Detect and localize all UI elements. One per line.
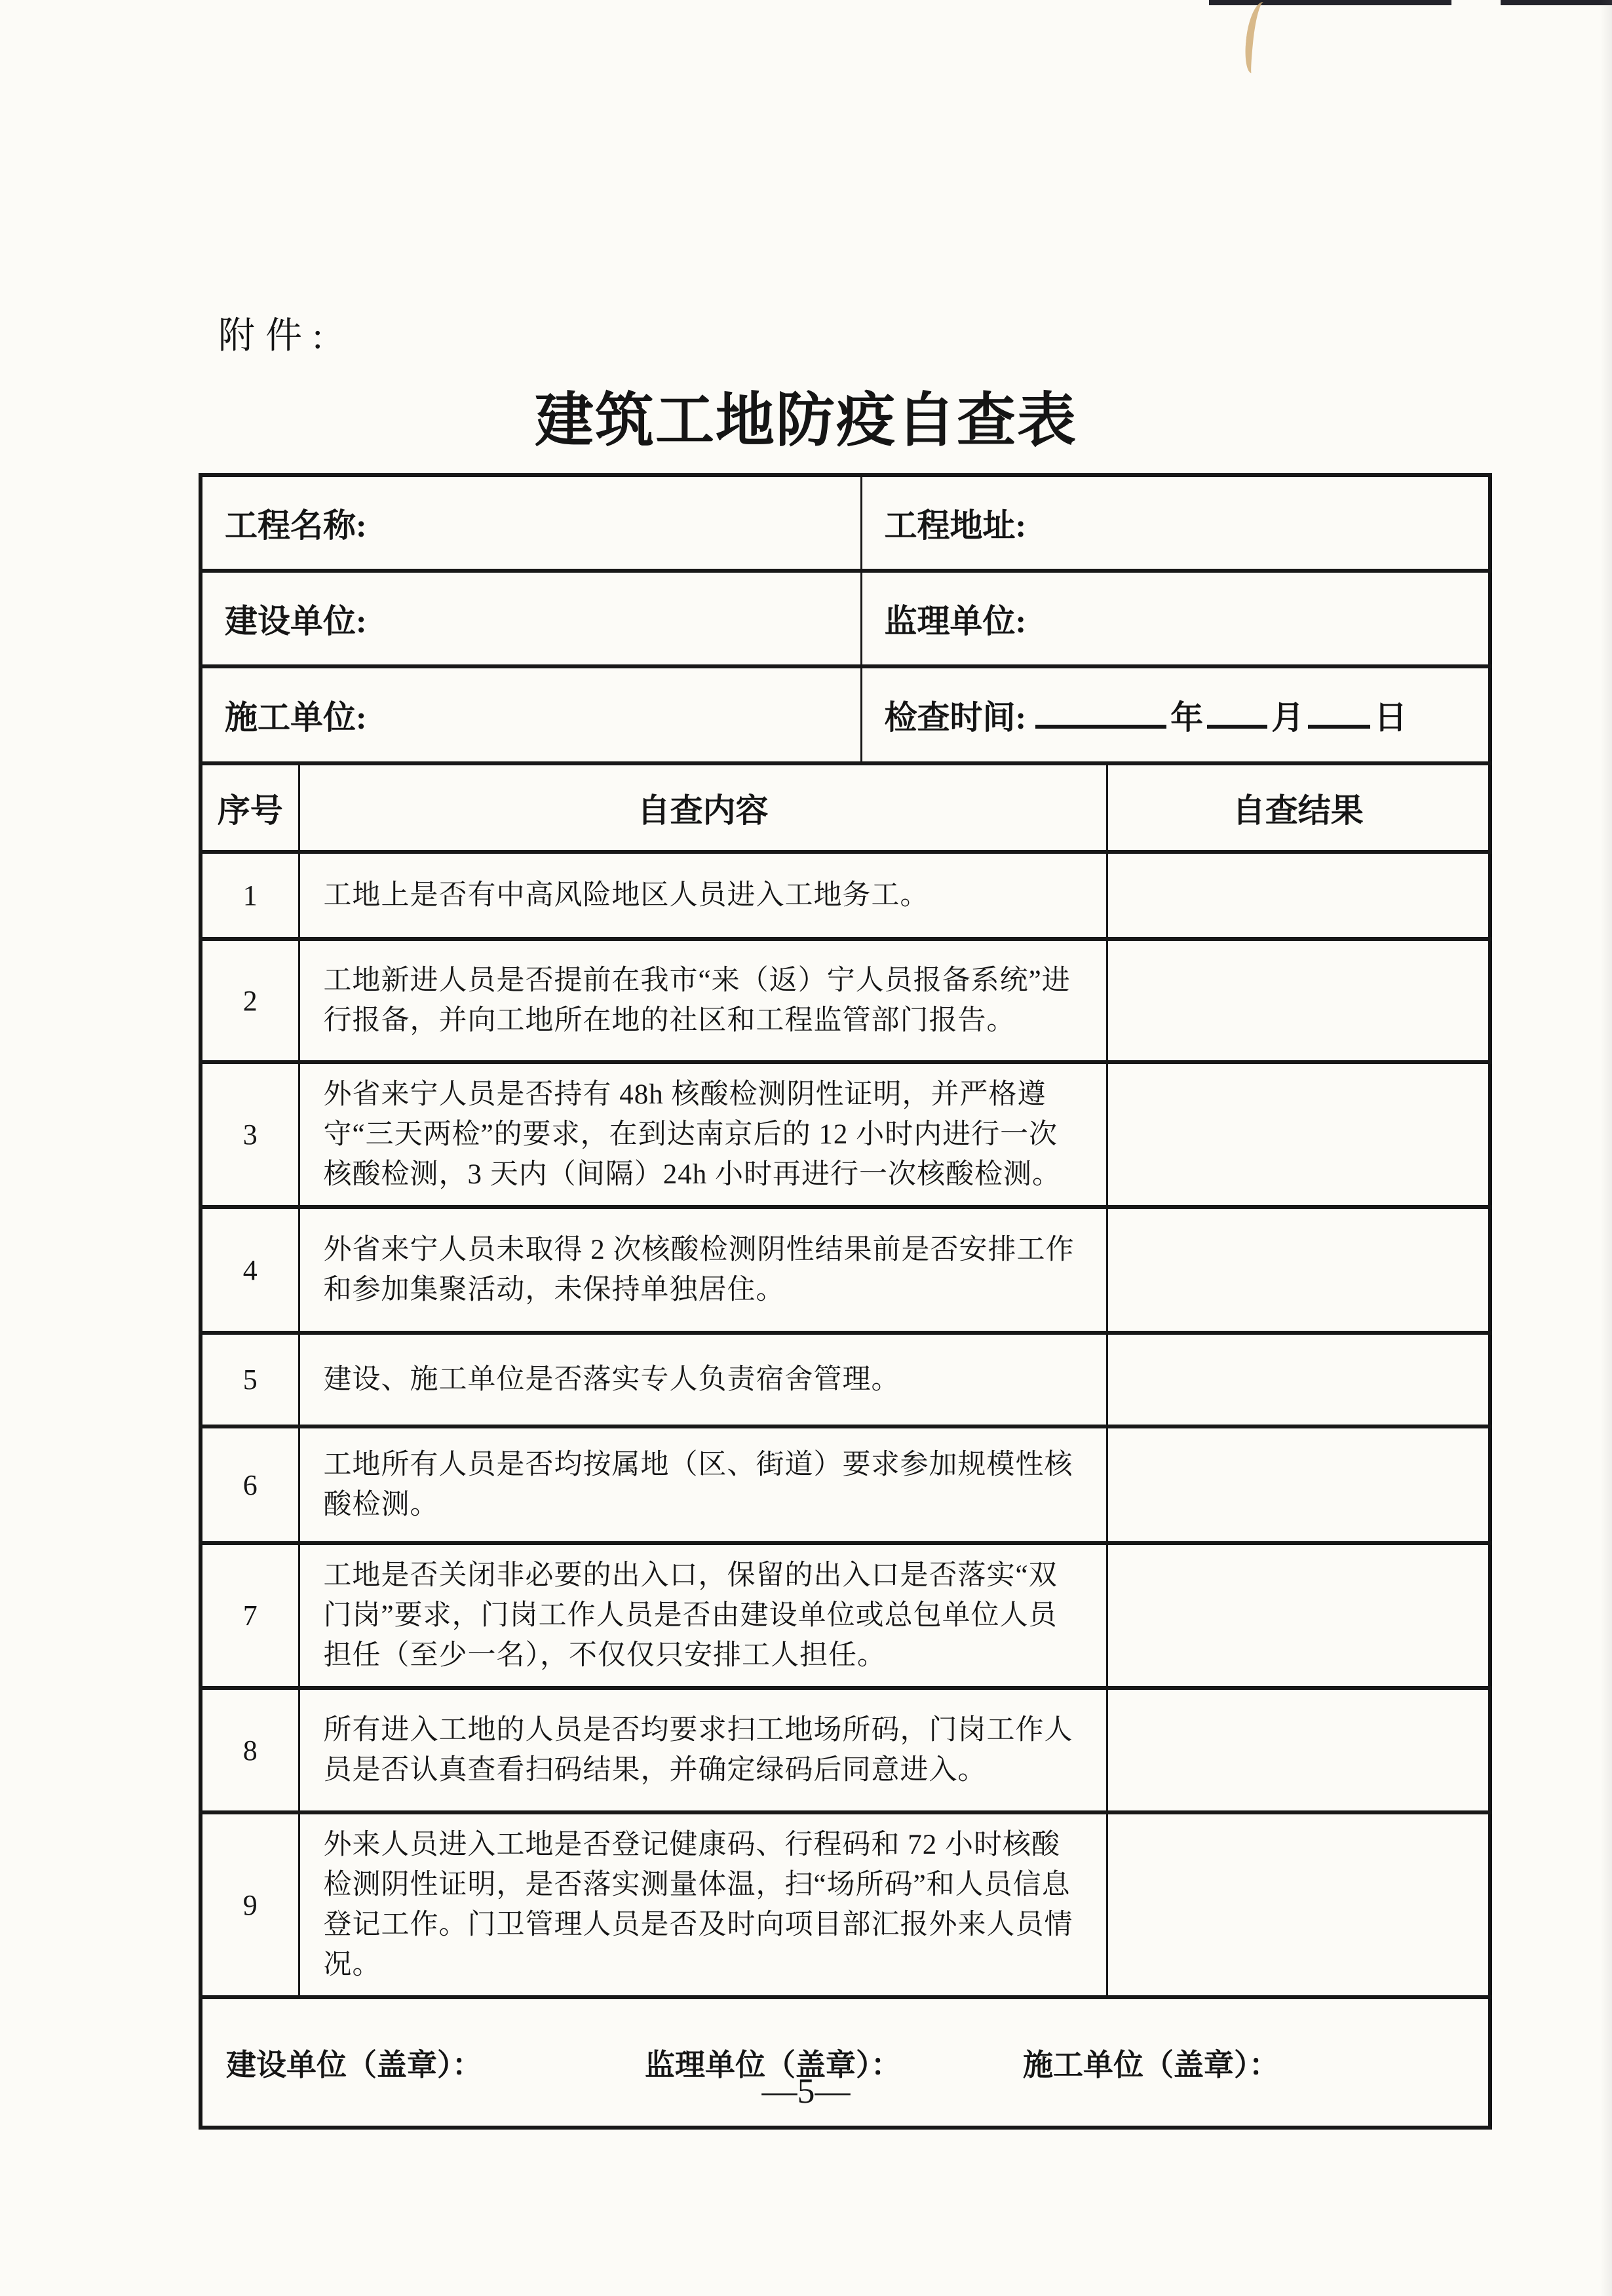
row-number: 9 bbox=[201, 1812, 299, 1997]
checklist-header-row: 序号 自查内容 自查结果 bbox=[201, 763, 1490, 852]
month-label: 月 bbox=[1271, 699, 1304, 736]
self-inspection-form-table: 工程名称: 工程地址: 建设单位: 监理单位: 施工单位: 检查时间:年月日 序… bbox=[199, 473, 1492, 2130]
info-row-time: 施工单位: 检查时间:年月日 bbox=[201, 666, 1490, 763]
result-cell bbox=[1107, 1062, 1490, 1207]
checklist-row: 2 工地新进人员是否提前在我市“来（返）宁人员报备系统”进行报备，并向工地所在地… bbox=[201, 939, 1490, 1062]
scan-hair-artifact bbox=[1242, 1, 1269, 75]
row-content: 工地上是否有中高风险地区人员进入工地务工。 bbox=[299, 852, 1107, 939]
info-row-units: 建设单位: 监理单位: bbox=[201, 571, 1490, 666]
result-cell bbox=[1107, 1688, 1490, 1812]
year-label: 年 bbox=[1170, 699, 1203, 736]
result-cell bbox=[1107, 939, 1490, 1062]
result-cell bbox=[1107, 852, 1490, 939]
supervision-unit-label: 监理单位: bbox=[861, 571, 1490, 666]
row-number: 2 bbox=[201, 939, 299, 1062]
page-title: 建筑工地防疫自查表 bbox=[0, 372, 1612, 457]
project-name-label: 工程名称: bbox=[201, 475, 861, 571]
check-time-field: 检查时间:年月日 bbox=[861, 666, 1490, 763]
result-cell bbox=[1107, 1207, 1490, 1333]
column-header-no: 序号 bbox=[201, 763, 299, 852]
checklist-row: 6 工地所有人员是否均按属地（区、街道）要求参加规模性核酸检测。 bbox=[201, 1426, 1490, 1543]
checklist-row: 4 外省来宁人员未取得 2 次核酸检测阴性结果前是否安排工作和参加集聚活动，未保… bbox=[201, 1207, 1490, 1333]
day-blank bbox=[1308, 702, 1370, 729]
scan-edge-artifact bbox=[1501, 0, 1612, 5]
checklist-row: 8 所有进入工地的人员是否均要求扫工地场所码，门岗工作人员是否认真查看扫码结果，… bbox=[201, 1688, 1490, 1812]
result-cell bbox=[1107, 1333, 1490, 1426]
scanned-page: 附件: 建筑工地防疫自查表 工程名称: 工程地址: 建设单位: 监理单位: 施工… bbox=[0, 0, 1612, 2296]
checklist-row: 3 外省来宁人员是否持有 48h 核酸检测阴性证明，并严格遵守“三天两检”的要求… bbox=[201, 1062, 1490, 1207]
build-unit-label: 建设单位: bbox=[201, 571, 861, 666]
month-blank bbox=[1207, 702, 1267, 729]
result-cell bbox=[1107, 1812, 1490, 1997]
day-label: 日 bbox=[1374, 699, 1407, 736]
row-number: 4 bbox=[201, 1207, 299, 1333]
row-number: 7 bbox=[201, 1543, 299, 1688]
page-number: —5— bbox=[0, 2071, 1612, 2111]
row-number: 6 bbox=[201, 1426, 299, 1543]
result-cell bbox=[1107, 1426, 1490, 1543]
row-content: 建设、施工单位是否落实专人负责宿舍管理。 bbox=[299, 1333, 1107, 1426]
scan-edge-artifact bbox=[1209, 0, 1451, 5]
row-content: 所有进入工地的人员是否均要求扫工地场所码，门岗工作人员是否认真查看扫码结果，并确… bbox=[299, 1688, 1107, 1812]
column-header-content: 自查内容 bbox=[299, 763, 1107, 852]
row-number: 3 bbox=[201, 1062, 299, 1207]
attachment-label: 附件: bbox=[218, 307, 334, 359]
row-content: 工地所有人员是否均按属地（区、街道）要求参加规模性核酸检测。 bbox=[299, 1426, 1107, 1543]
row-number: 1 bbox=[201, 852, 299, 939]
row-number: 8 bbox=[201, 1688, 299, 1812]
row-content: 外省来宁人员是否持有 48h 核酸检测阴性证明，并严格遵守“三天两检”的要求，在… bbox=[299, 1062, 1107, 1207]
checklist-row: 5 建设、施工单位是否落实专人负责宿舍管理。 bbox=[201, 1333, 1490, 1426]
project-address-label: 工程地址: bbox=[861, 475, 1490, 571]
row-content: 工地新进人员是否提前在我市“来（返）宁人员报备系统”进行报备，并向工地所在地的社… bbox=[299, 939, 1107, 1062]
check-time-label: 检查时间: bbox=[885, 699, 1027, 736]
info-row-project: 工程名称: 工程地址: bbox=[201, 475, 1490, 571]
checklist-row: 7 工地是否关闭非必要的出入口，保留的出入口是否落实“双门岗”要求，门岗工作人员… bbox=[201, 1543, 1490, 1688]
row-number: 5 bbox=[201, 1333, 299, 1426]
checklist-row: 1 工地上是否有中高风险地区人员进入工地务工。 bbox=[201, 852, 1490, 939]
row-content: 外来人员进入工地是否登记健康码、行程码和 72 小时核酸检测阴性证明，是否落实测… bbox=[299, 1812, 1107, 1997]
scan-shadow-artifact bbox=[1600, 0, 1612, 2296]
row-content: 工地是否关闭非必要的出入口，保留的出入口是否落实“双门岗”要求，门岗工作人员是否… bbox=[299, 1543, 1107, 1688]
year-blank bbox=[1035, 702, 1166, 729]
construction-unit-label: 施工单位: bbox=[201, 666, 861, 763]
row-content: 外省来宁人员未取得 2 次核酸检测阴性结果前是否安排工作和参加集聚活动，未保持单… bbox=[299, 1207, 1107, 1333]
checklist-row: 9 外来人员进入工地是否登记健康码、行程码和 72 小时核酸检测阴性证明，是否落… bbox=[201, 1812, 1490, 1997]
column-header-result: 自查结果 bbox=[1107, 763, 1490, 852]
result-cell bbox=[1107, 1543, 1490, 1688]
